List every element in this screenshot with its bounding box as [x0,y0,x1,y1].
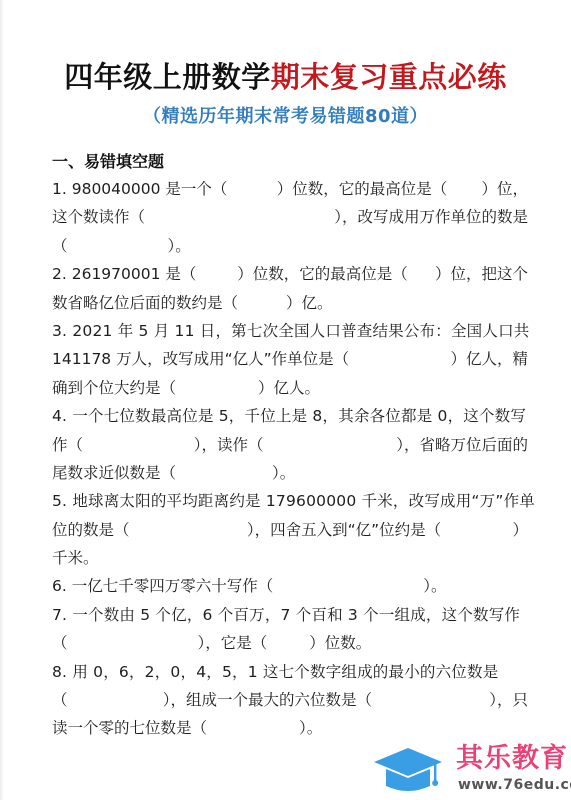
question-text: ），它是（ [198,629,268,657]
question-text: ），省略万位后面的 [396,431,528,459]
question-text: ），四舍五入到“亿”位约是（ [247,516,441,544]
question-text: ）位， [481,175,528,203]
question-line: （），组成一个最大的六位数是（），只 [52,686,528,714]
question-text: 读一个零的七位数是（ [52,714,207,742]
question-line: 作（），读作（），省略万位后面的 [52,431,528,459]
question-text: 6. 一亿七千零四万零六十写作（ [52,572,273,600]
question-line: 3. 2021 年 5 月 11 日，第七次全国人口普查结果公布：全国人口共 [52,317,528,345]
question-text: ）亿人。 [258,374,320,402]
question-text: 7. 一个数由 5 个亿，6 个百万，7 个百和 3 个一组成，这个数写作 [52,601,520,629]
question-line: 位的数是（），四舍五入到“亿”位约是（） [52,516,528,544]
question-text: 尾数求近似数是（ [52,459,176,487]
question-line: 8. 用 0，6，2，0，4，5，1 这七个数字组成的最小的六位数是 [52,658,528,686]
worksheet-content: 一、易错填空题 1. 980040000 是一个（）位数，它的最高位是（）位，这… [52,149,528,743]
question-text: ） [512,516,528,544]
question-text: 3. 2021 年 5 月 11 日，第七次全国人口普查结果公布：全国人口共 [52,317,529,345]
question-list: 1. 980040000 是一个（）位数，它的最高位是（）位，这个数读作（），改… [52,175,528,743]
question-text: 确到个位大约是（ [52,374,176,402]
question-text: ）亿人，精 [450,345,528,373]
section-heading: 一、易错填空题 [52,149,528,175]
question-text: ），组成一个最大的六位数是（ [163,686,372,714]
question-text: 1. 980040000 是一个（ [52,175,227,203]
page-title: 四年级上册数学期末复习重点必练 [0,60,571,94]
question-2: 2. 261970001 是（）位数，它的最高位是（）位，把这个数省略亿位后面的… [52,260,528,317]
question-text: 141178 万人，改写成用“亿人”作单位是（ [52,345,349,373]
question-line: 1. 980040000 是一个（）位数，它的最高位是（）位， [52,175,528,203]
question-line: 千米。 [52,544,528,572]
question-text: ）位数，它的最高位是（ [237,260,408,288]
question-line: （），它是（）位数。 [52,629,528,657]
question-text: ）。 [423,572,446,600]
question-5: 5. 地球离太阳的平均距离约是 179600000 千米，改写成用“万”作单位的… [52,487,528,572]
question-line: 读一个零的七位数是（）。 [52,714,528,742]
question-text: ）。 [272,459,295,487]
question-line: 这个数读作（），改写成用万作单位的数是 [52,203,528,231]
question-text: 8. 用 0，6，2，0，4，5，1 这七个数字组成的最小的六位数是 [52,658,498,686]
question-line: 7. 一个数由 5 个亿，6 个百万，7 个百和 3 个一组成，这个数写作 [52,601,528,629]
question-text: ）位数，它的最高位是（ [277,175,448,203]
question-text: （ [52,686,68,714]
question-line: 4. 一个七位数最高位是 5，千位上是 8，其余各位都是 0，这个数写 [52,402,528,430]
question-text: 4. 一个七位数最高位是 5，千位上是 8，其余各位都是 0，这个数写 [52,402,526,430]
question-text: 千米。 [52,544,99,572]
question-6: 6. 一亿七千零四万零六十写作（）。 [52,572,528,600]
question-7: 7. 一个数由 5 个亿，6 个百万，7 个百和 3 个一组成，这个数写作（），… [52,601,528,658]
graduation-cap-icon [372,746,444,794]
title-red-part: 期末复习重点必练 [271,60,507,94]
question-text: ）位数。 [309,629,371,657]
question-text: ）亿。 [286,289,333,317]
question-text: （ [52,629,68,657]
question-text: （ [52,232,68,260]
question-line: 6. 一亿七千零四万零六十写作（）。 [52,572,528,600]
question-8: 8. 用 0，6，2，0，4，5，1 这七个数字组成的最小的六位数是（），组成一… [52,658,528,743]
question-line: 确到个位大约是（）亿人。 [52,374,528,402]
brand-logo: 其乐教育 www.76edu.com [372,742,571,798]
question-text: 作（ [52,431,83,459]
question-line: 141178 万人，改写成用“亿人”作单位是（）亿人，精 [52,345,528,373]
question-line: 尾数求近似数是（）。 [52,459,528,487]
question-text: ），改写成用万作单位的数是 [334,203,528,231]
question-line: 5. 地球离太阳的平均距离约是 179600000 千米，改写成用“万”作单 [52,487,528,515]
question-text: ），读作（ [194,431,264,459]
question-text: ）。 [168,232,191,260]
question-text: 2. 261970001 是（ [52,260,196,288]
question-text: ）。 [299,714,322,742]
question-line: 2. 261970001 是（）位数，它的最高位是（）位，把这个 [52,260,528,288]
question-text: 位的数是（ [52,516,130,544]
question-text: 这个数读作（ [52,203,145,231]
brand-url: www.76edu.com [458,776,571,794]
question-text: ）位，把这个 [435,260,528,288]
question-line: 数省略亿位后面的数约是（）亿。 [52,289,528,317]
brand-name: 其乐教育 [456,742,568,776]
question-text: 数省略亿位后面的数约是（ [52,289,238,317]
question-1: 1. 980040000 是一个（）位数，它的最高位是（）位，这个数读作（），改… [52,175,528,260]
question-3: 3. 2021 年 5 月 11 日，第七次全国人口普查结果公布：全国人口共14… [52,317,528,402]
question-line: （）。 [52,232,528,260]
question-text: 5. 地球离太阳的平均距离约是 179600000 千米，改写成用“万”作单 [52,487,535,515]
question-4: 4. 一个七位数最高位是 5，千位上是 8，其余各位都是 0，这个数写作（），读… [52,402,528,487]
question-text: ），只 [489,686,528,714]
page-subtitle: （精选历年期末常考易错题80道） [0,104,571,130]
title-black-part: 四年级上册数学 [64,60,271,94]
